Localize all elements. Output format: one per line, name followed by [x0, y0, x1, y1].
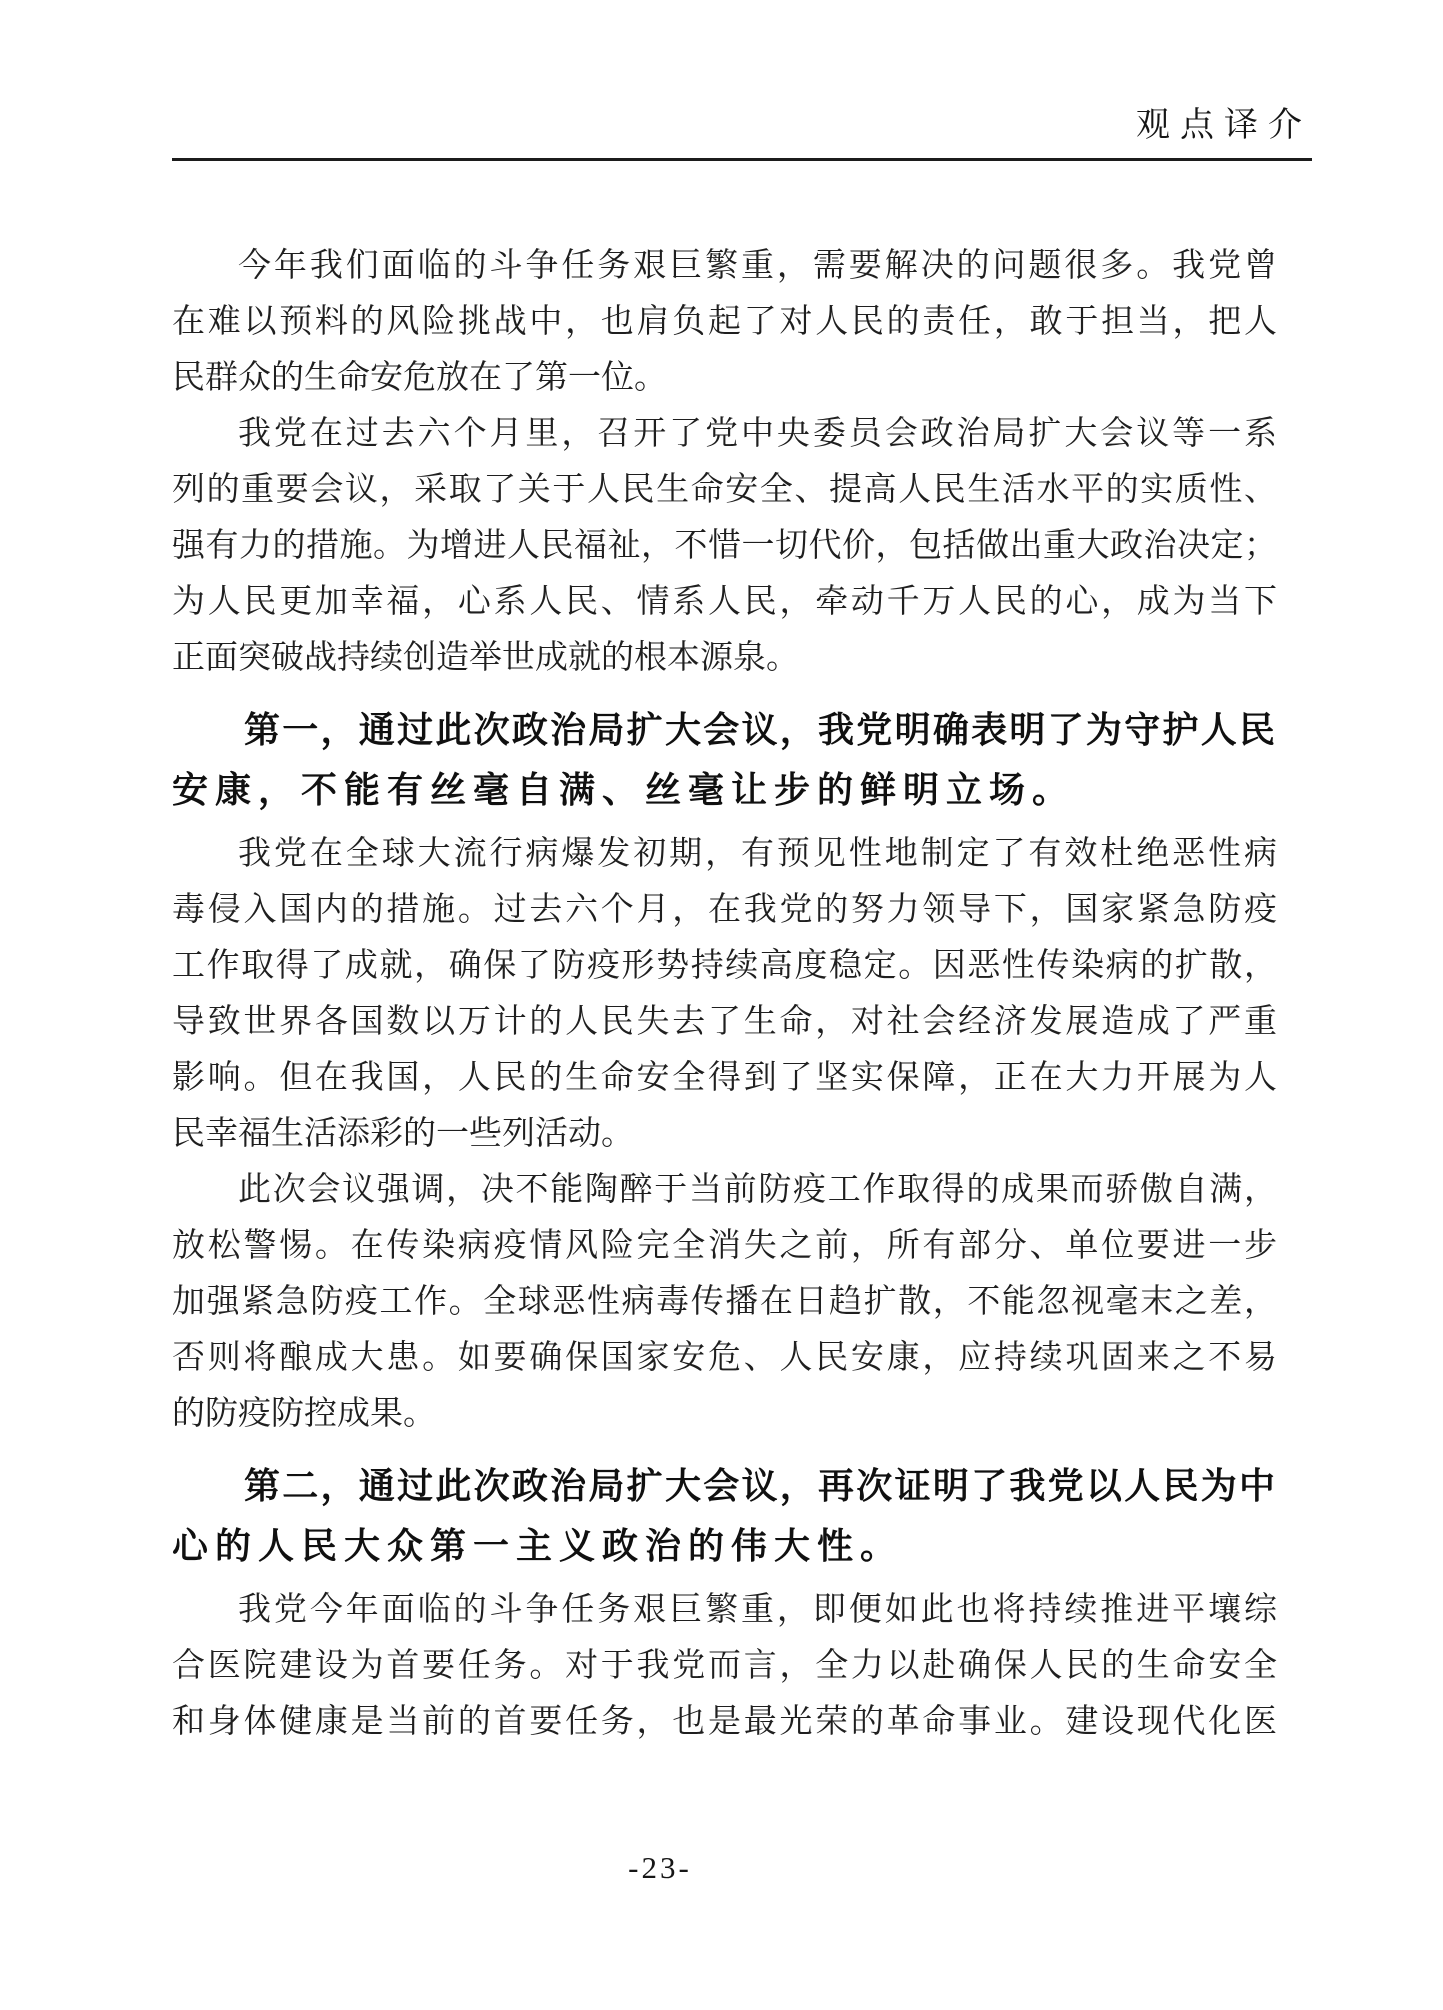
text-line: 我党今年面临的斗争任务艰巨繁重，即便如此也将持续推进平壤综 — [172, 1582, 1277, 1638]
text-line: 我党在全球大流行病爆发初期，有预见性地制定了有效杜绝恶性病 — [172, 826, 1277, 882]
page-number: -23- — [0, 1848, 1320, 1888]
text-line: 心的人民大众第一主义政治的伟大性。 — [172, 1516, 1277, 1576]
body-paragraph: 今年我们面临的斗争任务艰巨繁重，需要解决的问题很多。我党曾在难以预料的风险挑战中… — [172, 238, 1277, 406]
text-line: 民群众的生命安危放在了第一位。 — [172, 350, 1277, 406]
text-line: 加强紧急防疫工作。全球恶性病毒传播在日趋扩散，不能忽视毫末之差， — [172, 1274, 1277, 1330]
text-line: 第二，通过此次政治局扩大会议，再次证明了我党以人民为中 — [172, 1456, 1277, 1516]
running-header: 观点译介 — [172, 104, 1312, 148]
body-paragraph: 我党今年面临的斗争任务艰巨繁重，即便如此也将持续推进平壤综合医院建设为首要任务。… — [172, 1582, 1277, 1750]
text-line: 否则将酿成大患。如要确保国家安危、人民安康，应持续巩固来之不易 — [172, 1330, 1277, 1386]
text-line: 民幸福生活添彩的一些列活动。 — [172, 1106, 1277, 1162]
text-line: 列的重要会议，采取了关于人民生命安全、提高人民生活水平的实质性、 — [172, 462, 1277, 518]
text-line: 第一，通过此次政治局扩大会议，我党明确表明了为守护人民 — [172, 700, 1277, 760]
text-line: 和身体健康是当前的首要任务，也是最光荣的革命事业。建设现代化医 — [172, 1694, 1277, 1750]
body-paragraph: 我党在过去六个月里，召开了党中央委员会政治局扩大会议等一系列的重要会议，采取了关… — [172, 406, 1277, 686]
text-line: 此次会议强调，决不能陶醉于当前防疫工作取得的成果而骄傲自满， — [172, 1162, 1277, 1218]
text-line: 今年我们面临的斗争任务艰巨繁重，需要解决的问题很多。我党曾 — [172, 238, 1277, 294]
text-line: 的防疫防控成果。 — [172, 1386, 1277, 1442]
body-paragraph: 我党在全球大流行病爆发初期，有预见性地制定了有效杜绝恶性病毒侵入国内的措施。过去… — [172, 826, 1277, 1162]
text-line: 放松警惕。在传染病疫情风险完全消失之前，所有部分、单位要进一步 — [172, 1218, 1277, 1274]
section-heading: 第二，通过此次政治局扩大会议，再次证明了我党以人民为中心的人民大众第一主义政治的… — [172, 1456, 1277, 1576]
text-line: 为人民更加幸福，心系人民、情系人民，牵动千万人民的心，成为当下 — [172, 574, 1277, 630]
header-rule-divider — [172, 158, 1312, 161]
document-page: { "page": { "running_header": "观点译介", "p… — [0, 0, 1443, 2010]
body-paragraph: 此次会议强调，决不能陶醉于当前防疫工作取得的成果而骄傲自满，放松警惕。在传染病疫… — [172, 1162, 1277, 1442]
section-heading: 第一，通过此次政治局扩大会议，我党明确表明了为守护人民安康，不能有丝毫自满、丝毫… — [172, 700, 1277, 820]
article-body: 今年我们面临的斗争任务艰巨繁重，需要解决的问题很多。我党曾在难以预料的风险挑战中… — [172, 238, 1277, 1750]
text-line: 强有力的措施。为增进人民福祉，不惜一切代价，包括做出重大政治决定； — [172, 518, 1277, 574]
text-line: 影响。但在我国，人民的生命安全得到了坚实保障，正在大力开展为人 — [172, 1050, 1277, 1106]
text-line: 安康，不能有丝毫自满、丝毫让步的鲜明立场。 — [172, 760, 1277, 820]
text-line: 工作取得了成就，确保了防疫形势持续高度稳定。因恶性传染病的扩散， — [172, 938, 1277, 994]
text-line: 导致世界各国数以万计的人民失去了生命，对社会经济发展造成了严重 — [172, 994, 1277, 1050]
text-line: 我党在过去六个月里，召开了党中央委员会政治局扩大会议等一系 — [172, 406, 1277, 462]
text-line: 合医院建设为首要任务。对于我党而言，全力以赴确保人民的生命安全 — [172, 1638, 1277, 1694]
text-line: 在难以预料的风险挑战中，也肩负起了对人民的责任，敢于担当，把人 — [172, 294, 1277, 350]
text-line: 毒侵入国内的措施。过去六个月，在我党的努力领导下，国家紧急防疫 — [172, 882, 1277, 938]
text-line: 正面突破战持续创造举世成就的根本源泉。 — [172, 630, 1277, 686]
